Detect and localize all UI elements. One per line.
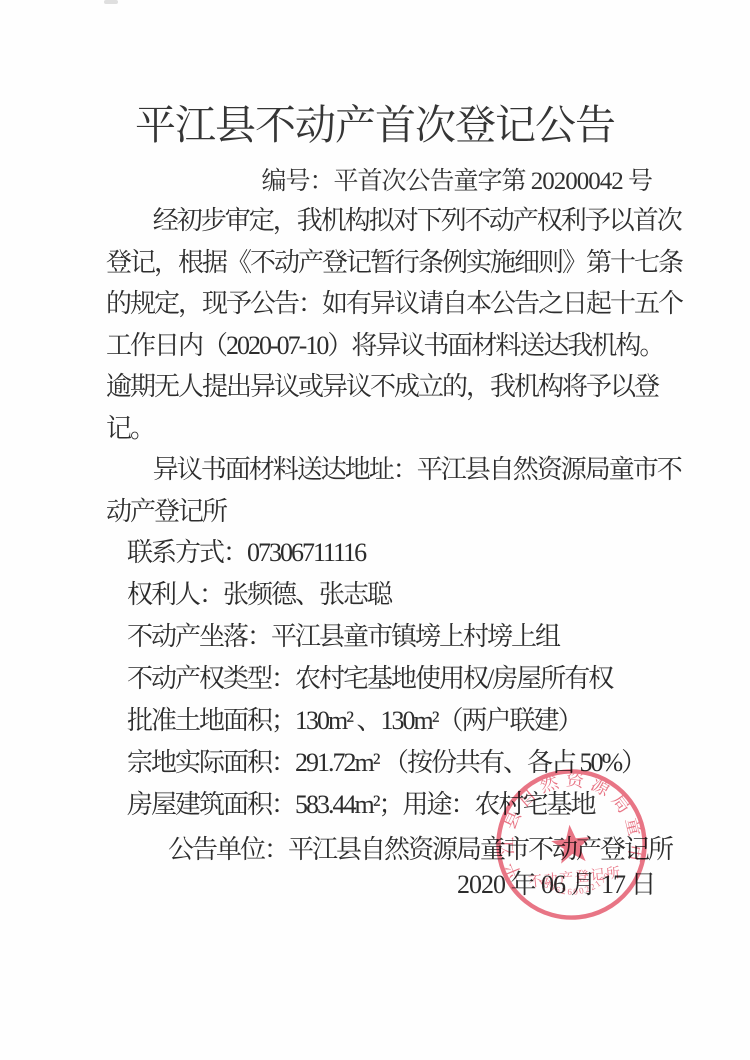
detail-property-location: 不动产坐落：平江县童市镇塝上村塝上组 bbox=[127, 616, 670, 658]
text-line: 登记，根据《不动产登记暂行条例实施细则》第十七条 bbox=[106, 242, 652, 284]
text-line: 异议书面材料送达地址：平江县自然资源局童市不 bbox=[106, 449, 652, 491]
paragraph-intro: 经初步审定，我机构拟对下列不动产权利予以首次 登记，根据《不动产登记暂行条例实施… bbox=[106, 200, 652, 450]
detail-contact-phone: 联系方式：07306711116 bbox=[127, 532, 670, 574]
text-line: 经初步审定，我机构拟对下列不动产权利予以首次 bbox=[106, 200, 652, 242]
text-line: 记。 bbox=[106, 408, 652, 450]
text-line: 动产登记所 bbox=[106, 491, 652, 533]
detail-right-holders: 权利人：张频德、张志聪 bbox=[127, 574, 670, 616]
document-page: 平江县不动产首次登记公告 编号：平首次公告童字第 20200042 号 经初步审… bbox=[0, 0, 750, 1060]
detail-approved-land-area: 批准土地面积；130m² 、130m²（两户联建） bbox=[127, 700, 670, 742]
detail-right-type: 不动产权类型：农村宅基地使用权/房屋所有权 bbox=[127, 658, 670, 700]
seal-star-icon bbox=[550, 823, 593, 865]
text-line: 的规定，现予公告：如有异议请自本公告之日起十五个 bbox=[106, 283, 652, 325]
seal-ring-text: 平江县自然资源局童市 bbox=[489, 762, 650, 885]
scan-artifact bbox=[104, 0, 118, 4]
text-line: 逾期无人提出异议或异议不成立的，我机构将予以登 bbox=[106, 366, 652, 408]
text-line: 工作日内（2020-07-10）将异议书面材料送达我机构。 bbox=[106, 325, 652, 367]
paragraph-objection-address: 异议书面材料送达地址：平江县自然资源局童市不 动产登记所 bbox=[106, 449, 652, 532]
official-seal: 平江县自然资源局童市 不动产登记所 4306260022179 bbox=[480, 753, 664, 937]
doc-number: 编号：平首次公告童字第 20200042 号 bbox=[261, 161, 652, 197]
page-title: 平江县不动产首次登记公告 bbox=[0, 92, 750, 151]
